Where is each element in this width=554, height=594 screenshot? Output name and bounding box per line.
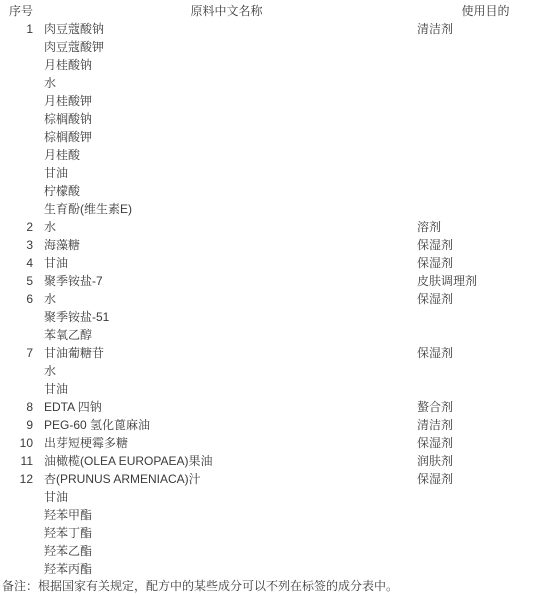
row-ingredient-name: 聚季铵盐-7 (36, 272, 417, 290)
row-ingredient-name: 柠檬酸 (36, 182, 417, 200)
row-serial-number: 9 (0, 416, 36, 434)
row-serial-number: 4 (0, 254, 36, 272)
table-row: 11 油橄榄(OLEA EUROPAEA)果油 润肤剂 (0, 452, 554, 470)
row-usage-purpose (417, 92, 554, 110)
row-serial-number (0, 524, 36, 542)
row-usage-purpose: 溶剂 (417, 218, 554, 236)
row-serial-number (0, 74, 36, 92)
row-ingredient-name: 月桂酸钠 (36, 56, 417, 74)
row-ingredient-name: 甘油 (36, 164, 417, 182)
table-row: 10 出芽短梗霉多糖 保湿剂 (0, 434, 554, 452)
table-row: 羟苯乙酯 (0, 542, 554, 560)
table-row: 生育酚(维生素E) (0, 200, 554, 218)
row-ingredient-name: 羟苯甲酯 (36, 506, 417, 524)
table-row: 甘油 (0, 488, 554, 506)
row-serial-number (0, 506, 36, 524)
row-usage-purpose (417, 56, 554, 74)
table-row: 羟苯甲酯 (0, 506, 554, 524)
row-ingredient-name: PEG-60 氢化蓖麻油 (36, 416, 417, 434)
table-row: 棕榈酸钠 (0, 110, 554, 128)
row-usage-purpose: 螯合剂 (417, 398, 554, 416)
row-serial-number (0, 92, 36, 110)
row-usage-purpose (417, 128, 554, 146)
row-ingredient-name: 棕榈酸钾 (36, 128, 417, 146)
row-ingredient-name: 甘油葡糖苷 (36, 344, 417, 362)
row-serial-number (0, 308, 36, 326)
table-row: 肉豆蔻酸钾 (0, 38, 554, 56)
row-usage-purpose: 清洁剂 (417, 416, 554, 434)
row-ingredient-name: 生育酚(维生素E) (36, 200, 417, 218)
row-serial-number (0, 542, 36, 560)
row-ingredient-name: 羟苯乙酯 (36, 542, 417, 560)
row-ingredient-name: 月桂酸钾 (36, 92, 417, 110)
row-usage-purpose (417, 308, 554, 326)
row-serial-number (0, 200, 36, 218)
row-usage-purpose: 润肤剂 (417, 452, 554, 470)
row-usage-purpose: 皮肤调理剂 (417, 272, 554, 290)
table-row: 聚季铵盐-51 (0, 308, 554, 326)
row-serial-number (0, 110, 36, 128)
row-usage-purpose (417, 524, 554, 542)
row-usage-purpose (417, 542, 554, 560)
table-row: 2 水 溶剂 (0, 218, 554, 236)
table-row: 8 EDTA 四钠 螯合剂 (0, 398, 554, 416)
header-col-serial-number: 序号 (0, 2, 36, 19)
row-ingredient-name: 海藻糖 (36, 236, 417, 254)
row-usage-purpose (417, 560, 554, 578)
row-ingredient-name: 月桂酸 (36, 146, 417, 164)
row-usage-purpose (417, 488, 554, 506)
row-usage-purpose: 保湿剂 (417, 290, 554, 308)
table-row: 甘油 (0, 164, 554, 182)
row-serial-number (0, 164, 36, 182)
table-row: 12 杏(PRUNUS ARMENIACA)汁 保湿剂 (0, 470, 554, 488)
row-ingredient-name: 水 (36, 362, 417, 380)
row-usage-purpose (417, 182, 554, 200)
table-body: 1 肉豆蔻酸钠 清洁剂 肉豆蔻酸钾 月桂酸钠 水 月桂酸钾 棕榈酸钠 棕榈酸钾 … (0, 20, 554, 578)
table-row: 月桂酸钠 (0, 56, 554, 74)
table-row: 苯氧乙醇 (0, 326, 554, 344)
row-ingredient-name: 出芽短梗霉多糖 (36, 434, 417, 452)
row-usage-purpose (417, 74, 554, 92)
row-serial-number: 8 (0, 398, 36, 416)
row-ingredient-name: 棕榈酸钠 (36, 110, 417, 128)
row-ingredient-name: 水 (36, 218, 417, 236)
row-serial-number (0, 38, 36, 56)
row-serial-number (0, 182, 36, 200)
table-row: 7 甘油葡糖苷 保湿剂 (0, 344, 554, 362)
row-ingredient-name: 聚季铵盐-51 (36, 308, 417, 326)
row-serial-number (0, 380, 36, 398)
table-header: 序号 原料中文名称 使用目的 (0, 0, 554, 20)
row-usage-purpose (417, 326, 554, 344)
row-serial-number (0, 326, 36, 344)
row-serial-number: 5 (0, 272, 36, 290)
row-usage-purpose (417, 146, 554, 164)
row-usage-purpose: 保湿剂 (417, 344, 554, 362)
row-ingredient-name: 水 (36, 74, 417, 92)
row-serial-number (0, 56, 36, 74)
row-ingredient-name: 羟苯丙酯 (36, 560, 417, 578)
row-ingredient-name: EDTA 四钠 (36, 398, 417, 416)
row-serial-number (0, 128, 36, 146)
row-usage-purpose: 保湿剂 (417, 236, 554, 254)
row-serial-number (0, 362, 36, 380)
row-usage-purpose (417, 380, 554, 398)
row-usage-purpose (417, 506, 554, 524)
row-usage-purpose: 清洁剂 (417, 20, 554, 38)
row-serial-number (0, 560, 36, 578)
table-row: 甘油 (0, 380, 554, 398)
table-row: 9 PEG-60 氢化蓖麻油 清洁剂 (0, 416, 554, 434)
row-serial-number: 6 (0, 290, 36, 308)
footer-note: 备注：根据国家有关规定，配方中的某些成分可以不列在标签的成分表中。 (0, 578, 554, 594)
table-row: 5 聚季铵盐-7 皮肤调理剂 (0, 272, 554, 290)
row-usage-purpose: 保湿剂 (417, 434, 554, 452)
row-serial-number: 11 (0, 452, 36, 470)
table-row: 羟苯丁酯 (0, 524, 554, 542)
table-row: 6 水 保湿剂 (0, 290, 554, 308)
header-col-usage-purpose: 使用目的 (417, 2, 554, 19)
row-serial-number: 2 (0, 218, 36, 236)
table-row: 水 (0, 74, 554, 92)
row-serial-number: 10 (0, 434, 36, 452)
row-ingredient-name: 甘油 (36, 488, 417, 506)
row-serial-number: 12 (0, 470, 36, 488)
row-usage-purpose (417, 362, 554, 380)
table-row: 4 甘油 保湿剂 (0, 254, 554, 272)
row-ingredient-name: 肉豆蔻酸钾 (36, 38, 417, 56)
table-row: 月桂酸钾 (0, 92, 554, 110)
ingredient-table-page: 序号 原料中文名称 使用目的 1 肉豆蔻酸钠 清洁剂 肉豆蔻酸钾 月桂酸钠 水 … (0, 0, 554, 594)
table-row: 1 肉豆蔻酸钠 清洁剂 (0, 20, 554, 38)
table-row: 棕榈酸钾 (0, 128, 554, 146)
table-row: 3 海藻糖 保湿剂 (0, 236, 554, 254)
row-usage-purpose (417, 164, 554, 182)
row-ingredient-name: 杏(PRUNUS ARMENIACA)汁 (36, 470, 417, 488)
row-ingredient-name: 甘油 (36, 380, 417, 398)
row-ingredient-name: 甘油 (36, 254, 417, 272)
row-usage-purpose (417, 110, 554, 128)
row-serial-number: 3 (0, 236, 36, 254)
row-ingredient-name: 肉豆蔻酸钠 (36, 20, 417, 38)
row-serial-number (0, 488, 36, 506)
row-ingredient-name: 油橄榄(OLEA EUROPAEA)果油 (36, 452, 417, 470)
row-usage-purpose: 保湿剂 (417, 254, 554, 272)
row-usage-purpose (417, 38, 554, 56)
table-row: 水 (0, 362, 554, 380)
row-serial-number: 7 (0, 344, 36, 362)
table-row: 柠檬酸 (0, 182, 554, 200)
table-row: 羟苯丙酯 (0, 560, 554, 578)
row-ingredient-name: 羟苯丁酯 (36, 524, 417, 542)
row-ingredient-name: 水 (36, 290, 417, 308)
row-usage-purpose (417, 200, 554, 218)
table-row: 月桂酸 (0, 146, 554, 164)
header-col-ingredient-name: 原料中文名称 (36, 2, 417, 19)
row-usage-purpose: 保湿剂 (417, 470, 554, 488)
row-serial-number (0, 146, 36, 164)
row-serial-number: 1 (0, 20, 36, 38)
row-ingredient-name: 苯氧乙醇 (36, 326, 417, 344)
